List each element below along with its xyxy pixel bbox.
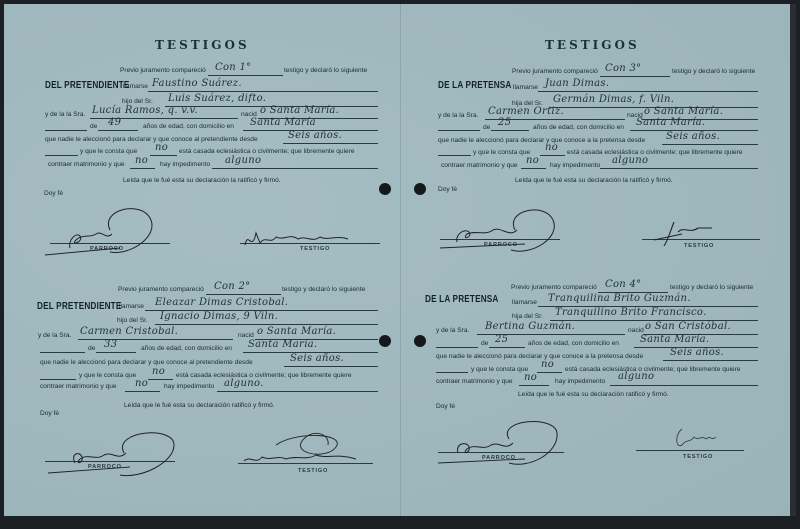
label-consta: y que le consta que (471, 366, 528, 373)
field-line (45, 155, 78, 156)
field-line (206, 294, 281, 295)
label-casada: está casada eclesiástica o civilmente; q… (179, 148, 355, 155)
value-impedimento: alguno (225, 155, 261, 166)
value-padre: Luis Suárez, difto. (168, 93, 266, 104)
value-comparecio: Con 4° (605, 279, 641, 290)
value-edad: 33 (104, 339, 117, 350)
value-llamarse: Eleazar Dimas Cristobal. (155, 297, 288, 308)
field-line (436, 372, 468, 373)
section-heading: DEL PRETENDIENTE (37, 301, 121, 312)
field-line (489, 347, 525, 348)
form-del-pretendiente-1: TESTIGOS Previo juramento compareció Con… (0, 0, 395, 262)
form-de-la-pretensa-1: TESTIGOS Previo juramento compareció Con… (400, 0, 795, 262)
value-nacido: o Santa María. (257, 326, 336, 337)
value-domicilio: Santa María. (640, 334, 709, 345)
page-title: TESTIGOS (155, 38, 250, 52)
label-edad: años de edad, con domicilio en (143, 123, 234, 130)
label-de: de (481, 340, 488, 347)
section-heading: DEL PRETENDIENTE (45, 80, 129, 91)
field-line (155, 324, 378, 325)
value-impedimento: alguno (612, 155, 648, 166)
label-contraer: contraer matrimonio y que (441, 162, 518, 169)
label-doy-fe: Doy fé (436, 403, 455, 410)
field-line (212, 168, 378, 169)
label-previo: Previo juramento compareció (511, 284, 597, 291)
label-edad: años de edad, con domicilio en (533, 124, 624, 131)
label-edad: años de edad, con domicilio en (141, 345, 232, 352)
field-line (519, 385, 549, 386)
signature-testigo (670, 425, 720, 455)
label-de: de (483, 124, 490, 131)
label-testigo: testigo y declaró lo siguiente (672, 68, 755, 75)
label-madre: y de la Sra. (436, 327, 469, 334)
field-line (130, 168, 155, 169)
field-line (125, 391, 160, 392)
label-testigo: testigo y declaró lo siguiente (284, 67, 367, 74)
field-line (610, 385, 758, 386)
label-leida: Leída que le fué esta su declaración rat… (518, 391, 669, 398)
label-doy-fe: Doy fé (44, 190, 63, 197)
field-line (538, 91, 758, 92)
value-nacido: o San Cristóbal. (645, 321, 731, 332)
field-line (600, 168, 758, 169)
value-edad: 25 (495, 334, 508, 345)
label-previo: Previo juramento compareció (118, 286, 204, 293)
label-nacido: nacid (628, 327, 644, 334)
value-desde: Seis años. (670, 347, 724, 358)
label-hijo: hija del Sr. (512, 313, 543, 320)
value-desde: Seis años. (288, 130, 342, 141)
field-line (436, 347, 478, 348)
label-nacido: nacid (238, 332, 254, 339)
field-line (521, 168, 546, 169)
value-consta: no (541, 359, 554, 370)
value-llamarse: Juan Dimas. (545, 78, 609, 89)
field-line (283, 143, 378, 144)
field-line (540, 155, 565, 156)
label-conoce: que nadie le aleccionó para declarar y q… (40, 359, 253, 366)
page-title: TESTIGOS (545, 38, 640, 52)
field-line (284, 366, 378, 367)
value-hay: no (135, 155, 148, 166)
label-madre: y de la la Sra. (438, 112, 478, 119)
value-llamarse: Tranquilina Brito Guzmán. (548, 293, 691, 304)
signature-parroco (433, 413, 573, 473)
value-consta: no (152, 366, 165, 377)
value-padre: Ignacio Dimas, 9 Viln. (160, 311, 278, 322)
label-conoce: que nadie le aleccionó para declarar y q… (45, 136, 258, 143)
field-line (600, 76, 670, 77)
signature-parroco (40, 423, 180, 483)
label-impedimento: hay impedimento (164, 383, 214, 390)
label-madre: y de la la Sra. (45, 111, 85, 118)
field-line (208, 75, 283, 76)
label-llamarse: llamarse (512, 299, 537, 306)
field-line (78, 339, 233, 340)
label-testigo: testigo y declaró lo siguiente (670, 284, 753, 291)
value-desde: Seis años. (290, 353, 344, 364)
value-domicilio: Santa María. (636, 117, 705, 128)
value-comparecio: Con 2° (214, 281, 250, 292)
label-de: de (90, 123, 97, 130)
field-line (438, 155, 471, 156)
signature-testigo (652, 218, 722, 248)
label-previo: Previo juramento compareció (512, 68, 598, 75)
form-del-pretendiente-2: Previo juramento compareció Con 2° testi… (0, 265, 395, 527)
label-hijo: hijo del Sr. (122, 98, 153, 105)
label-impedimento: hay impedimento (550, 162, 600, 169)
label-leida: Leída que le fué esta su declaración rat… (124, 402, 275, 409)
label-consta: y que le consta que (473, 149, 530, 156)
label-casada: está casada eclesiástica o civilmente; q… (567, 149, 743, 156)
label-madre: y de la Sra. (38, 332, 71, 339)
field-line (663, 360, 758, 361)
section-heading: DE LA PRETENSA (438, 80, 512, 91)
value-comparecio: Con 1° (215, 62, 251, 73)
value-edad: 25 (498, 117, 511, 128)
label-previo: Previo juramento compareció (120, 67, 206, 74)
field-line (96, 352, 136, 353)
value-desde: Seis años. (666, 131, 720, 142)
signature-testigo (236, 425, 376, 475)
label-consta: y que le consta que (79, 372, 136, 379)
value-impedimento: alguno. (224, 378, 264, 389)
label-edad: años de edad, con domicilio en (528, 340, 619, 347)
field-line (148, 379, 173, 380)
field-line (217, 391, 378, 392)
label-conoce: que nadie le aleccionó para declarar y q… (438, 137, 645, 144)
field-line (537, 372, 562, 373)
field-line (662, 144, 758, 145)
value-madre: Lucía Ramos, q. v.v. (92, 105, 198, 116)
label-llamarse: llamarse (513, 84, 538, 91)
field-line (150, 155, 177, 156)
value-madre: Carmen Ortiz. (488, 106, 564, 117)
value-hay: no (135, 378, 148, 389)
label-consta: y que le consta que (80, 148, 137, 155)
label-impedimento: hay impedimento (160, 161, 210, 168)
label-contraer: contraer matrimonio y que (40, 383, 117, 390)
field-line (40, 379, 76, 380)
field-line (148, 91, 378, 92)
label-impedimento: hay impedimento (555, 378, 605, 385)
label-doy-fe: Doy fé (40, 410, 59, 417)
label-de: de (88, 345, 95, 352)
value-domicilio: Santa María (250, 117, 316, 128)
form-de-la-pretensa-2: Previo juramento compareció Con 4° testi… (400, 265, 795, 527)
field-line (40, 352, 85, 353)
field-line (491, 130, 529, 131)
label-hijo: hijo del Sr. (117, 317, 148, 324)
label-contraer: contraer matrimonio y que (436, 378, 513, 385)
value-hay: no (526, 155, 539, 166)
label-llamarse: llamarse (119, 303, 144, 310)
value-impedimento: alguno (618, 371, 654, 382)
label-doy-fe: Doy fé (438, 186, 457, 193)
value-comparecio: Con 3° (605, 63, 641, 74)
field-line (45, 130, 87, 131)
value-domicilio: Santa María. (248, 339, 317, 350)
label-casada: está casada eclesiástica o civilmente; q… (176, 372, 352, 379)
signature-testigo (240, 225, 370, 255)
label-llamarse: llamarse (123, 83, 148, 90)
label-leida: Leída que le fué esta su declaración la … (515, 177, 673, 184)
value-madre: Carmen Cristobal. (80, 326, 178, 337)
value-consta: no (545, 142, 558, 153)
value-madre: Bertina Guzmán. (485, 321, 575, 332)
section-heading: DE LA PRETENSA (425, 294, 499, 305)
signature-parroco (40, 200, 180, 260)
value-consta: no (155, 142, 168, 153)
signature-parroco (435, 200, 575, 260)
value-padre: Germán Dimas, f. Viln. (553, 94, 674, 105)
field-line (438, 130, 480, 131)
label-leida: Leída que le fué esta su declaración la … (123, 177, 281, 184)
label-testigo: testigo y declaró lo siguiente (282, 286, 365, 293)
value-edad: 49 (108, 117, 121, 128)
value-hay: no (524, 372, 537, 383)
value-nacido: o Santa María. (644, 106, 723, 117)
label-conoce: que nadie le aleccionó para declarar y q… (436, 353, 643, 360)
value-padre: Tranquilino Brito Francisco. (555, 307, 707, 318)
value-llamarse: Faustino Suárez. (152, 78, 242, 89)
value-nacido: o Santa María. (260, 105, 339, 116)
label-contraer: contraer matrimonio y que (48, 161, 125, 168)
field-line (98, 130, 138, 131)
